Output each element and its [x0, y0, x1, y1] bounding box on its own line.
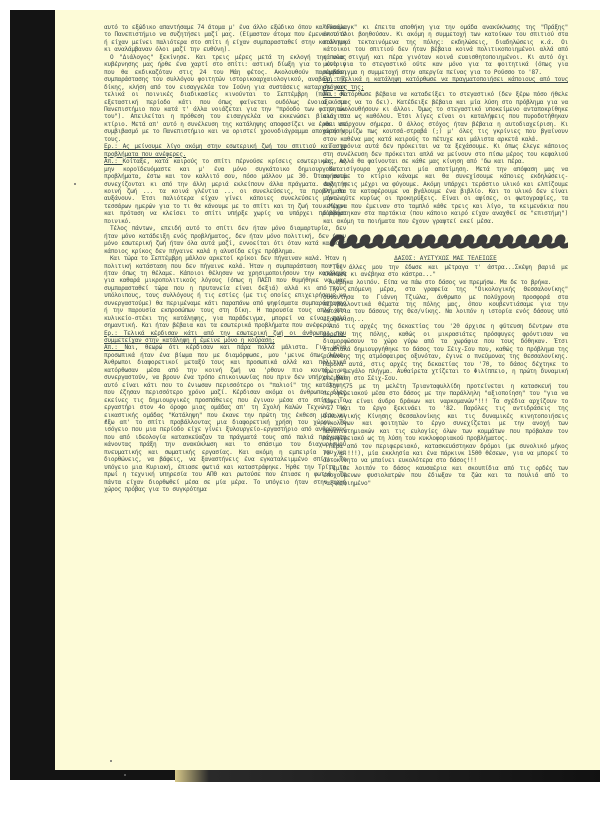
interview-question: Ερ.: Τελικά κέρδισαν κάτι από την εσωτερ… — [104, 330, 346, 345]
paragraph-text: Και σίγουρα χρειάζεται μία αποτίμηση. Με… — [323, 166, 568, 225]
paragraph-text: Τέλος πάντων, επειδή αυτό το σπίτι δεν ή… — [104, 225, 346, 254]
paragraph-text: Τελικά κέρδισαν κάτι από την εσωτερική ζ… — [104, 330, 346, 344]
paragraph: Και τώρα το Σεπτέμβρη μάλλον αρκετοί κρί… — [104, 255, 346, 330]
paragraph: Τα χρόνια αυτά δεν πρόκειται να τα ξεχάσ… — [323, 143, 568, 165]
left-column: αυτό το εξώδικο απαντήσαμε 74 άτομα μ' έ… — [104, 24, 346, 494]
interview-continuation: "Γκούλαγκ" κι έπειτα αποθήκη για την ομά… — [323, 24, 568, 225]
paragraph: Την επόμενη μέρα, στα γραφεία της "Οικολ… — [323, 286, 568, 323]
paragraph-text: Ανέβηκα λοιπόν. Είπα να πάω στο δάσος να… — [329, 279, 551, 286]
article-title: ΔΑΣΟΣ: ΑΥΣΤΥΧΩΣ ΜΑΣ ΤΕΛΕΙΩΣΕ — [323, 255, 568, 262]
right-column: "Γκούλαγκ" κι έπειτα αποθήκη για την ομά… — [323, 24, 568, 487]
page-edge-shadow — [175, 770, 600, 782]
question-label: Ερ.: — [323, 76, 341, 83]
paragraph: αυτό το εξώδικο απαντήσαμε 74 άτομα μ' έ… — [104, 24, 346, 54]
paragraph-text: Ναι, θεωρώ ότι κέρδισαν και πάρα πολλά μ… — [104, 344, 346, 493]
paragraph-text: Κατόρθωσε βέβαια να καταδείξει το στεγασ… — [323, 91, 568, 143]
paragraph-text: Ο "Διάλογος" ξεκίνησε. Και τρεις μέρες μ… — [104, 54, 346, 143]
paragraph: Πέρα από τον περιφερειακό, κατασκευάστηκ… — [323, 443, 568, 465]
dust-speck — [74, 183, 76, 185]
paragraph-text: "Γκούλαγκ" κι έπειτα αποθήκη για την ομά… — [323, 24, 568, 76]
paragraph: Τέλος πάντων, επειδή αυτό το σπίτι δεν ή… — [104, 225, 346, 255]
answer-label: Απ.: — [104, 344, 124, 351]
interview-question: Ερ.: Τελικά η κατάληψη κατόρθωσε να πραγ… — [323, 76, 568, 91]
interview-answer: Απ.: Ναι, θεωρώ ότι κέρδισαν και πάρα πο… — [104, 344, 346, 493]
question-label: Ερ.: — [104, 143, 123, 150]
paragraph-text: αυτό το εξώδικο απαντήσαμε 74 άτομα μ' έ… — [104, 24, 346, 53]
paragraph-text: Ας μείνουμε λίγο ακόμη στην εσωτερική ζω… — [104, 143, 346, 157]
answer-label: Απ.: — [323, 91, 341, 98]
paragraph: Ο "Διάλογος" ξεκίνησε. Και τρεις μέρες μ… — [104, 54, 346, 143]
paragraph: Και σίγουρα χρειάζεται μία αποτίμηση. Με… — [323, 166, 568, 226]
wavy-loop-divider-icon — [328, 233, 568, 249]
paragraph: Γέμισε λοιπόν το δάσος καυσαέρια και σκο… — [323, 465, 568, 487]
question-label: Ερ.: — [104, 330, 124, 337]
paragraph-text: Γέμισε λοιπόν το δάσος καυσαέρια και σκο… — [323, 465, 568, 487]
paragraph-text: Τα χρόνια αυτά δεν πρόκειται να τα ξεχάσ… — [323, 143, 568, 165]
dust-speck — [110, 760, 112, 762]
paragraph: Από τις αρχές της δεκαετίας του '20 άρχι… — [323, 323, 568, 383]
paragraph-text: Κοίταξε, κατά καιρούς το σπίτι πέρνούσε … — [104, 158, 346, 225]
paragraph: "Γκούλαγκ" κι έπειτα αποθήκη για την ομά… — [323, 24, 568, 76]
paragraph-text: Την επόμενη μέρα, στα γραφεία της "Οικολ… — [323, 286, 568, 323]
paragraph: "Τις άλλες μου την έδωσε και μέτραγα τ' … — [323, 264, 568, 279]
answer-label: Απ.: — [104, 158, 123, 165]
paragraph-text: Και τώρα το Σεπτέμβρη μάλλον αρκετοί κρί… — [104, 255, 346, 329]
interview-question: Ερ.: Ας μείνουμε λίγο ακόμη στην εσωτερι… — [104, 143, 346, 158]
forest-article-body: "Τις άλλες μου την έδωσε και μέτραγα τ' … — [323, 264, 568, 488]
paragraph-text: Το '75 με τη μελέτη Τριανταφυλλίδη προτε… — [323, 383, 568, 442]
paragraph-text: Από τις αρχές της δεκαετίας του '20 άρχι… — [323, 323, 568, 382]
interview-answer: Απ.: Κατόρθωσε βέβαια να καταδείξει το σ… — [323, 91, 568, 143]
paragraph: Ανέβηκα λοιπόν. Είπα να πάω στο δάσος να… — [323, 279, 568, 286]
paragraph-text: Τελικά η κατάληψη κατόρθωσε να πραγματοπ… — [323, 76, 568, 90]
dust-speck — [124, 774, 126, 776]
paragraph-text: "Τις άλλες μου την έδωσε και μέτραγα τ' … — [323, 264, 568, 278]
paragraph: Το '75 με τη μελέτη Τριανταφυλλίδη προτε… — [323, 383, 568, 443]
interview-answer: Απ.: Κοίταξε, κατά καιρούς το σπίτι πέρν… — [104, 158, 346, 225]
paragraph-text: Πέρα από τον περιφερειακό, κατασκευάστηκ… — [323, 443, 568, 465]
